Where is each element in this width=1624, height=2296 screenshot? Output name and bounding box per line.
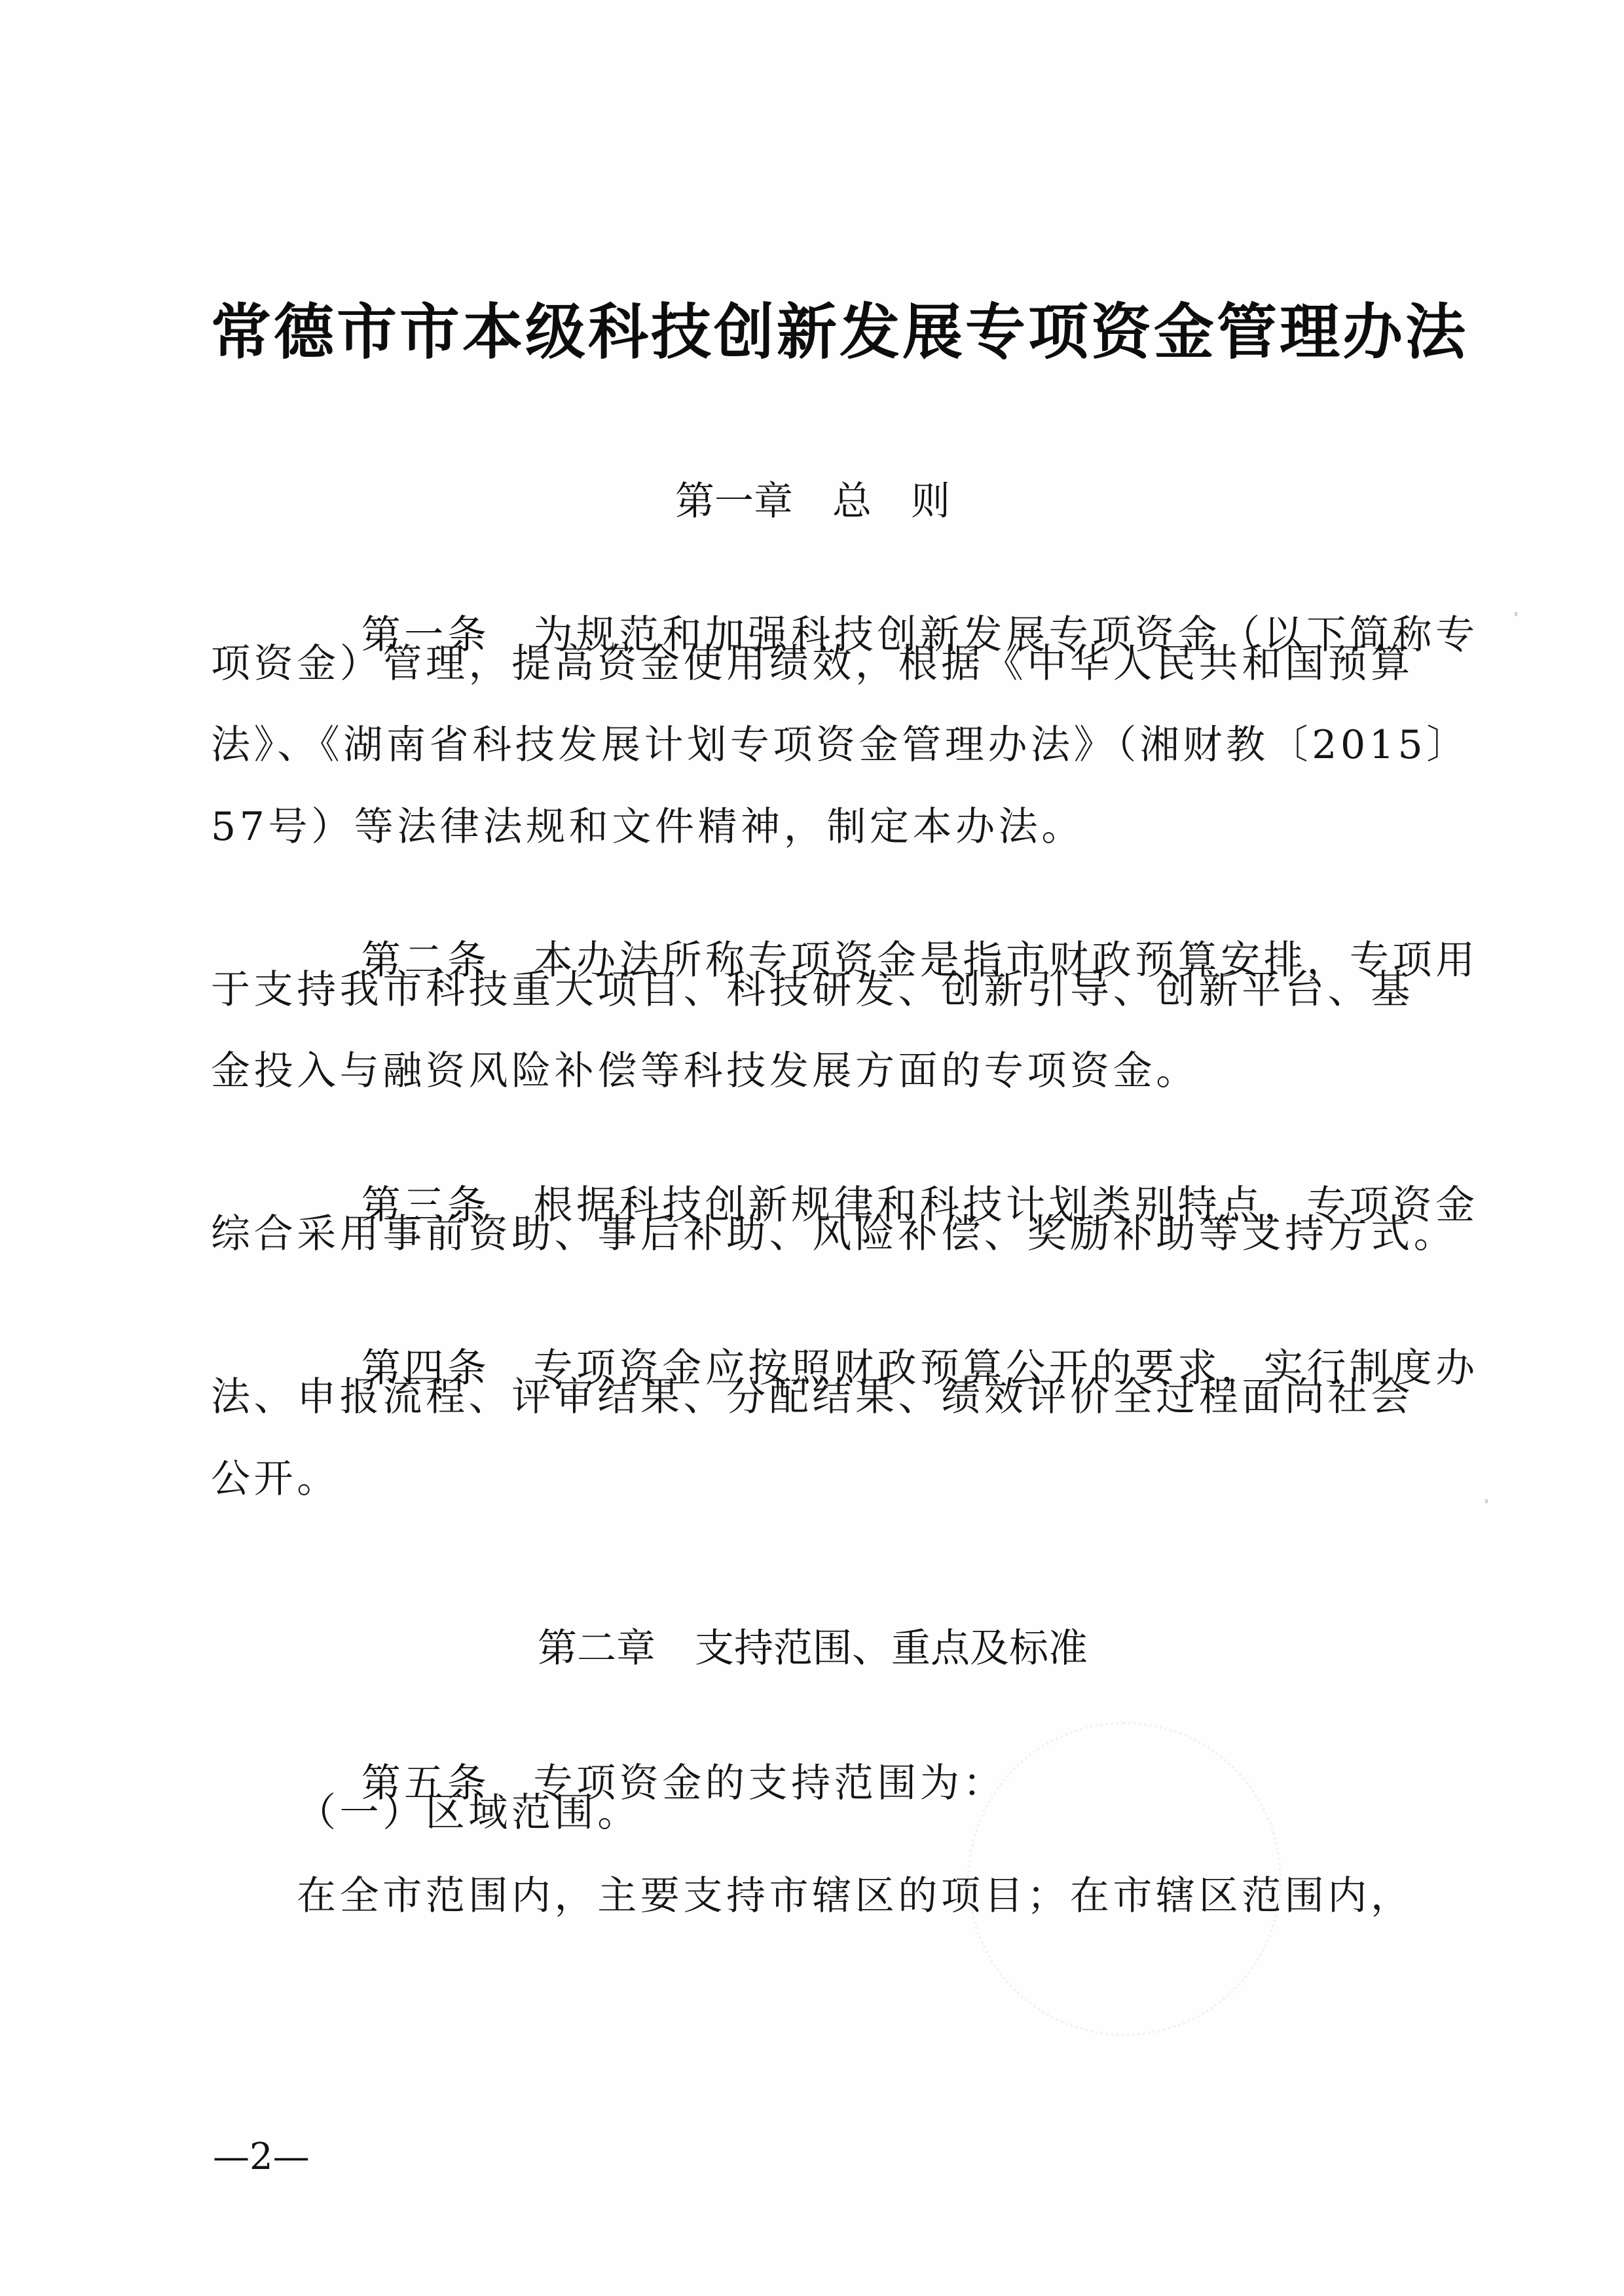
article-4-line-3: 公开。 — [211, 1453, 340, 1505]
article-1-line-4: 57号）等法律法规和文件精神，制定本办法。 — [211, 801, 1084, 853]
article-3-line-2: 综合采用事前资助、事后补助、风险补偿、奖励补助等支持方式。 — [211, 1208, 1456, 1260]
article-1-line-3: 法》、《湖南省科技发展计划专项资金管理办法》（湘财教〔2015〕 — [211, 719, 1469, 771]
page-number: —2— — [213, 2134, 310, 2180]
article-2-line-1: 第二条本办法所称专项资金是指市财政预算安排，专项用 — [297, 882, 1479, 934]
document-page: 常德市市本级科技创新发展专项资金管理办法 第一章 总 则 第一条为规范和加强科技… — [0, 0, 1624, 2296]
scan-speck — [1485, 1499, 1488, 1503]
article-2-line-3: 金投入与融资风险补偿等科技发展方面的专项资金。 — [211, 1045, 1199, 1097]
article-1-line-2: 项资金）管理，提高资金使用绩效，根据《中华人民共和国预算 — [211, 638, 1414, 690]
article-1-line-1: 第一条为规范和加强科技创新发展专项资金（以下简称专 — [297, 556, 1479, 609]
article-3-line-1: 第三条根据科技创新规律和科技计划类别特点，专项资金 — [297, 1127, 1479, 1179]
article-4-line-1: 第四条专项资金应按照财政预算公开的要求，实行制度办 — [297, 1290, 1479, 1342]
faded-stamp-mark — [967, 1722, 1282, 2036]
article-4-line-2: 法、申报流程、评审结果、分配结果、绩效评价全过程面向社会 — [211, 1371, 1414, 1423]
list-item-heading: （一）区域范围。 — [297, 1787, 640, 1839]
article-2-line-2: 于支持我市科技重大项目、科技研发、创新引导、创新平台、基 — [211, 964, 1414, 1016]
document-title: 常德市市本级科技创新发展专项资金管理办法 — [211, 296, 1416, 368]
chapter-heading-1: 第一章 总 则 — [211, 475, 1414, 528]
chapter-heading-2: 第二章 支持范围、重点及标准 — [211, 1622, 1414, 1675]
article-5-line-1: 第五条专项资金的支持范围为： — [297, 1705, 1006, 1757]
scan-speck — [1515, 612, 1517, 616]
